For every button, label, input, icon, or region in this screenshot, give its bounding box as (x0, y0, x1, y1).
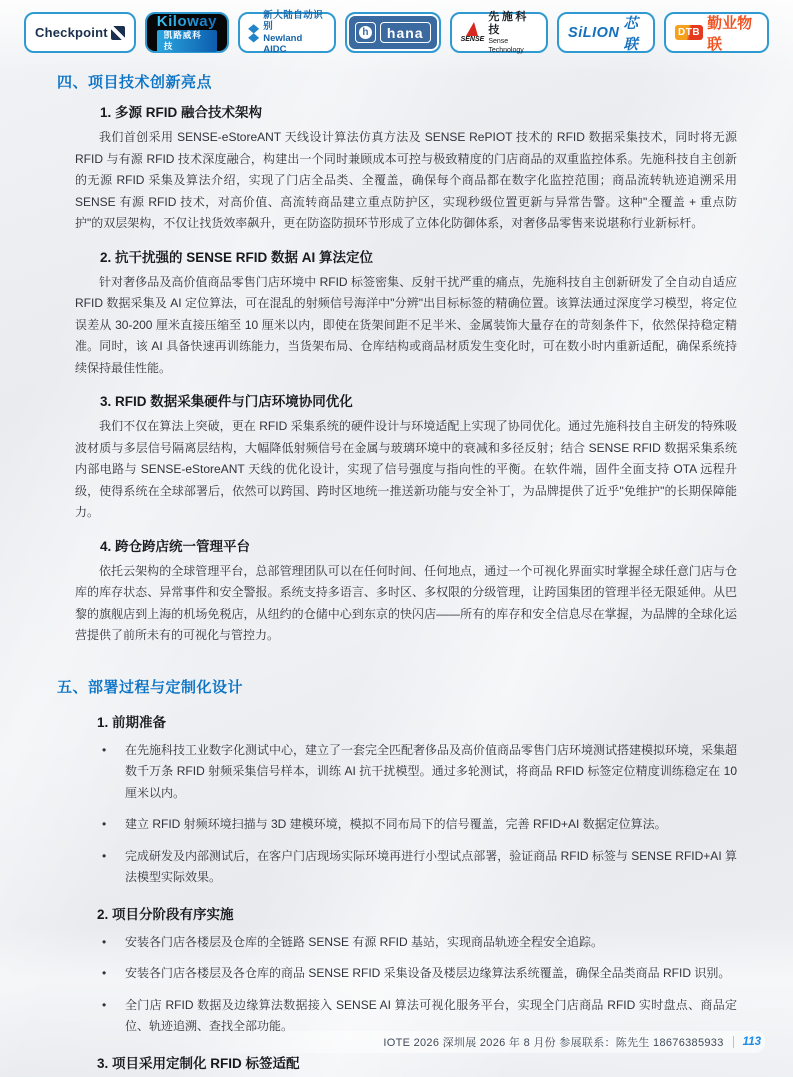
bullet-item: • 完成研发及内部测试后，在客户门店现场实际环境再进行小型试点部署，验证商品 R… (100, 846, 737, 889)
document-content: 四、项目技术创新亮点 1. 多源 RFID 融合技术架构 我们首创采用 SENS… (57, 71, 737, 1077)
logo-dtb: DTB 勤业物联 (664, 12, 769, 53)
page-number: 113 (743, 1036, 761, 1048)
bullet-item: • 在先施科技工业数字化测试中心，建立了一套完全匹配奢侈品及高价值商品零售门店环… (100, 740, 737, 805)
logo-hana: h hana (345, 12, 441, 53)
sense-sub-label: Sense Technology (488, 37, 537, 55)
newland-diamond-icon: ◆◆ (249, 24, 258, 42)
bullet-text: 建立 RFID 射频环境扫描与 3D 建模环境，模拟不同布局下的信号覆盖，完善 … (125, 817, 667, 831)
section-4-item-3-heading: 3. RFID 数据采集硬件与门店环境协同优化 (100, 390, 737, 410)
sense-icon-block: SENSE (461, 22, 485, 44)
bullet-item: • 安装各门店各楼层及仓库的全链路 SENSE 有源 RFID 基站，实现商品轨… (100, 932, 737, 954)
logo-kiloway: Kiloway 凯路威科技 (145, 12, 229, 53)
bullet-dot: • (102, 740, 106, 762)
partner-logo-bar: Checkpoint Kiloway 凯路威科技 ◆◆ 新大陆自动识别 Newl… (24, 12, 769, 53)
dtb-badge-icon: DTB (675, 25, 703, 40)
page-footer: IOTE 2026 深圳展 2026 年 8 月份 参展联系：陈先生 18676… (140, 1031, 765, 1053)
bullet-item: • 安装各门店各楼层及各仓库的商品 SENSE RFID 采集设备及楼层边缘算法… (100, 963, 737, 985)
section-4-item-2-paragraph: 针对奢侈品及高价值商品零售门店环境中 RFID 标签密集、反射干扰严重的痛点，先… (75, 272, 737, 380)
footer-contact-info: IOTE 2026 深圳展 2026 年 8 月份 参展联系：陈先生 18676… (383, 1034, 723, 1050)
sense-triangle-icon (466, 22, 478, 36)
section-5-group-3-heading: 3. 项目采用定制化 RFID 标签适配 (97, 1052, 737, 1072)
newland-labels: 新大陆自动识别 Newland AIDC (263, 10, 325, 56)
kiloway-cn-label: 凯路威科技 (157, 30, 217, 52)
checkpoint-wordmark: Checkpoint (35, 25, 108, 40)
bullet-text: 安装各门店各楼层及仓库的全链路 SENSE 有源 RFID 基站，实现商品轨迹全… (125, 935, 603, 949)
dtb-cn-label: 勤业物联 (707, 12, 758, 54)
sense-en-label: SENSE (461, 36, 485, 44)
bullet-dot: • (102, 963, 106, 985)
bullet-dot: • (102, 932, 106, 954)
section-5-title: 五、部署过程与定制化设计 (57, 676, 737, 697)
bullet-item: • 建立 RFID 射频环境扫描与 3D 建模环境，模拟不同布局下的信号覆盖，完… (100, 814, 737, 836)
logo-checkpoint: Checkpoint (24, 12, 136, 53)
section-4-title: 四、项目技术创新亮点 (57, 71, 737, 92)
footer-divider (733, 1036, 734, 1048)
section-4-item-1-paragraph: 我们首创采用 SENSE-eStoreANT 天线设计算法仿真方法及 SENSE… (75, 127, 737, 235)
section-4-item-4-heading: 4. 跨仓跨店统一管理平台 (100, 535, 737, 555)
hana-icon-letter: h (359, 26, 372, 39)
kiloway-wordmark: Kiloway (157, 14, 217, 29)
section-5-group-1-heading: 1. 前期准备 (97, 711, 737, 731)
document-page: Checkpoint Kiloway 凯路威科技 ◆◆ 新大陆自动识别 Newl… (0, 0, 793, 1077)
section-4-item-4-paragraph: 依托云架构的全球管理平台，总部管理团队可以在任何时间、任何地点，通过一个可视化界… (75, 561, 737, 647)
bullet-text: 完成研发及内部测试后，在客户门店现场实际环境再进行小型试点部署，验证商品 RFI… (125, 849, 737, 885)
logo-silion: SiLION 芯联 (557, 12, 655, 53)
section-4-item-3-paragraph: 我们不仅在算法上突破，更在 RFID 采集系统的硬件设计与环境适配上实现了协同优… (75, 416, 737, 524)
bullet-dot: • (102, 995, 106, 1017)
newland-cn-label: 新大陆自动识别 (263, 10, 325, 33)
sense-labels: 先施科技 Sense Technology (488, 11, 537, 55)
bullet-text: 安装各门店各楼层及各仓库的商品 SENSE RFID 采集设备及楼层边缘算法系统… (125, 966, 730, 980)
hana-icon: h (355, 22, 376, 43)
logo-sense: SENSE 先施科技 Sense Technology (450, 12, 548, 53)
checkpoint-mark-icon (111, 26, 125, 40)
sense-cn-label: 先施科技 (488, 11, 537, 37)
silion-wordmark: SiLION (568, 25, 619, 41)
bullet-dot: • (102, 814, 106, 836)
section-4-item-2-heading: 2. 抗干扰强的 SENSE RFID 数据 AI 算法定位 (100, 246, 737, 266)
logo-newland: ◆◆ 新大陆自动识别 Newland AIDC (238, 12, 336, 53)
section-4-item-1-heading: 1. 多源 RFID 融合技术架构 (100, 101, 737, 121)
section-5-group-2-heading: 2. 项目分阶段有序实施 (97, 903, 737, 923)
newland-en-label: Newland AIDC (263, 33, 325, 56)
hana-wordmark: hana (380, 22, 431, 43)
silion-cn-label: 芯联 (623, 12, 644, 54)
bullet-text: 在先施科技工业数字化测试中心，建立了一套完全匹配奢侈品及高价值商品零售门店环境测… (125, 743, 737, 800)
bullet-dot: • (102, 846, 106, 868)
bullet-text: 全门店 RFID 数据及边缘算法数据接入 SENSE AI 算法可视化服务平台，… (125, 998, 737, 1034)
